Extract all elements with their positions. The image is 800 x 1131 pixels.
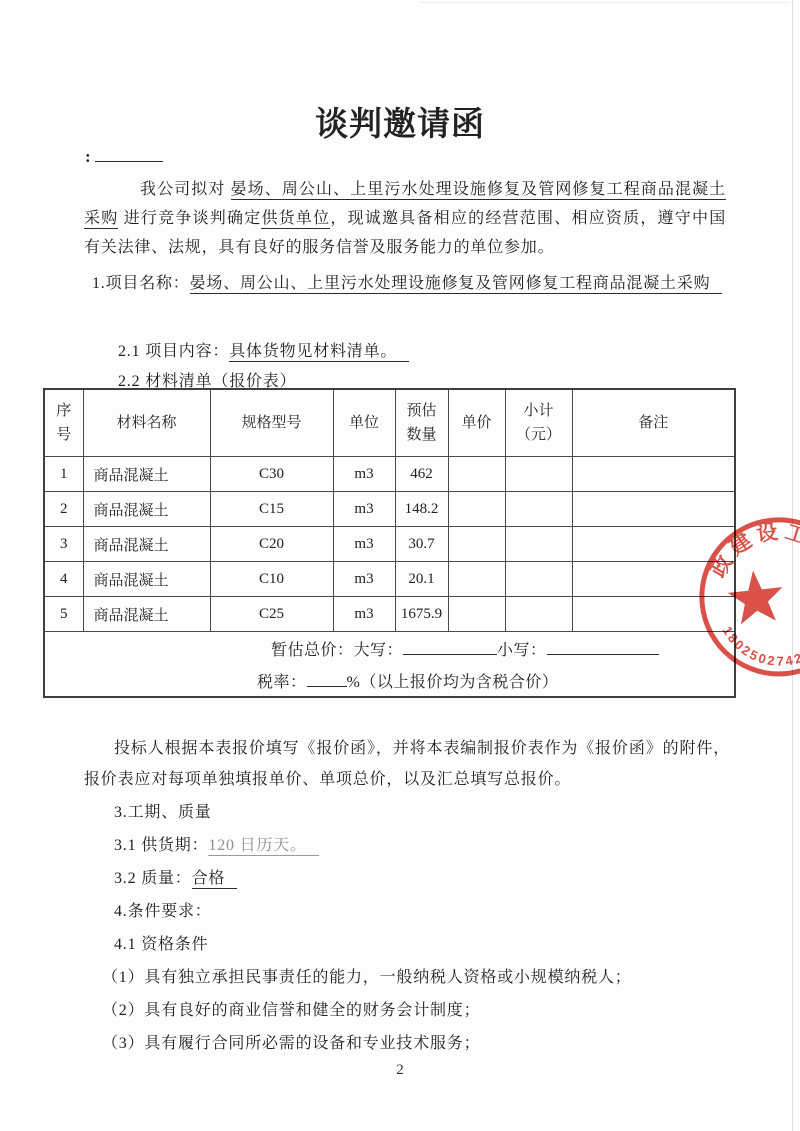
table-cell: 3	[44, 527, 83, 562]
table-header-cell: 规格型号	[210, 389, 333, 457]
table-row: 1商品混凝土C30m3462	[44, 457, 735, 492]
table-cell: 1	[44, 457, 83, 492]
total-in-figures-blank	[547, 639, 659, 655]
table-header-cell: 材料名称	[83, 389, 210, 457]
table-cell: 30.7	[395, 527, 448, 562]
table-row: 5商品混凝土C25m31675.9	[44, 597, 735, 632]
table-cell: 商品混凝土	[83, 597, 210, 632]
table-cell: C10	[210, 562, 333, 597]
table-cell: 20.1	[395, 562, 448, 597]
tax-rate-line: 税率：%（以上报价均为含税合价）	[45, 669, 734, 692]
estimated-total-label: 暂估总价：大写：	[271, 642, 403, 659]
tax-rate-suffix: %（以上报价均为含税合价）	[347, 674, 559, 691]
salutation-line: :	[85, 146, 163, 167]
table-cell	[448, 492, 505, 527]
table-cell	[505, 527, 572, 562]
table-cell: C20	[210, 527, 333, 562]
terms-line: 4.1 资格条件	[84, 928, 734, 961]
clause-project-name: 1.项目名称：晏场、周公山、上里污水处理设施修复及管网修复工程商品混凝土采购	[84, 268, 734, 300]
tax-rate-blank	[307, 671, 347, 687]
terms-line: 3.1 供货期：120 日历天。	[84, 829, 734, 862]
table-cell	[505, 457, 572, 492]
document-title: 谈判邀请函	[0, 98, 800, 145]
table-cell	[572, 457, 735, 492]
term-label: 3.2 质量：	[114, 870, 192, 887]
table-cell	[572, 562, 735, 597]
terms-line: 4.条件要求：	[84, 895, 734, 928]
table-cell: 商品混凝土	[83, 527, 210, 562]
scan-edge-line	[792, 0, 793, 1131]
table-cell: 1675.9	[395, 597, 448, 632]
table-cell	[572, 492, 735, 527]
terms-line: 3.2 质量：合格	[84, 862, 734, 895]
table-cell: m3	[333, 457, 395, 492]
table-cell	[505, 597, 572, 632]
table-cell	[448, 527, 505, 562]
intro-paragraph: 我公司拟对 晏场、周公山、上里污水处理设施修复及管网修复工程商品混凝土采购 进行…	[84, 175, 726, 262]
table-cell	[572, 597, 735, 632]
table-cell	[448, 457, 505, 492]
clause-project-content: 2.1 项目内容：具体货物见材料清单。	[84, 336, 734, 368]
clause-label: 2.1 项目内容：	[118, 343, 229, 360]
table-cell: 商品混凝土	[83, 562, 210, 597]
table-cell: 462	[395, 457, 448, 492]
table-header-cell: 备注	[572, 389, 735, 457]
scanned-document-page: 谈判邀请函 : 我公司拟对 晏场、周公山、上里污水处理设施修复及管网修复工程商品…	[0, 0, 800, 1131]
table-cell: m3	[333, 562, 395, 597]
terms-line: （1）具有独立承担民事责任的能力，一般纳税人资格或小规模纳税人；	[84, 961, 734, 994]
table-cell: 商品混凝土	[83, 457, 210, 492]
table-body: 1商品混凝土C30m34622商品混凝土C15m3148.23商品混凝土C20m…	[44, 457, 735, 632]
terms-line: （2）具有良好的商业信誉和健全的财务会计制度；	[84, 994, 734, 1027]
table-cell: 4	[44, 562, 83, 597]
clause-value: 晏场、周公山、上里污水处理设施修复及管网修复工程商品混凝土采购	[190, 275, 723, 294]
table-cell	[505, 492, 572, 527]
table-cell: m3	[333, 492, 395, 527]
table-row: 4商品混凝土C10m320.1	[44, 562, 735, 597]
scan-edge-line	[420, 2, 790, 3]
term-value: 合格	[192, 870, 238, 889]
table-cell: 2	[44, 492, 83, 527]
total-in-words-blank	[403, 639, 497, 655]
table-cell	[505, 562, 572, 597]
estimated-total-line: 暂估总价：大写：小写：	[45, 637, 734, 660]
table-footer-cell: 暂估总价：大写：小写： 税率：%（以上报价均为含税合价）	[44, 632, 735, 698]
table-header-row: 序 号材料名称规格型号单位预估 数量单价小计 （元）备注	[44, 389, 735, 457]
clause-label: 1.项目名称：	[92, 275, 190, 292]
materials-quote-table: 序 号材料名称规格型号单位预估 数量单价小计 （元）备注 1商品混凝土C30m3…	[43, 388, 736, 698]
bidder-note-paragraph: 投标人根据本表报价填写《报价函》，并将本表编制报价表作为《报价函》的附件，报价表…	[84, 733, 730, 795]
table-cell	[448, 562, 505, 597]
plain-text: 我公司拟对	[140, 181, 231, 198]
recipient-blank-line	[95, 146, 163, 162]
total-in-figures-label: 小写：	[497, 642, 547, 659]
page-number: 2	[0, 1062, 800, 1079]
table-header-cell: 预估 数量	[395, 389, 448, 457]
table-cell: C15	[210, 492, 333, 527]
table-header-cell: 小计 （元）	[505, 389, 572, 457]
table-cell: 5	[44, 597, 83, 632]
table-header-cell: 单价	[448, 389, 505, 457]
salutation-colon: :	[85, 147, 91, 166]
term-value: 120 日历天。	[208, 837, 318, 856]
tax-rate-label: 税率：	[257, 674, 307, 691]
clause-value: 具体货物见材料清单。	[229, 343, 409, 362]
table-cell: C30	[210, 457, 333, 492]
table-cell: m3	[333, 597, 395, 632]
table-cell: 商品混凝土	[83, 492, 210, 527]
table-header-cell: 单位	[333, 389, 395, 457]
table-cell	[448, 597, 505, 632]
plain-text: 进行竞争谈判确定	[118, 210, 261, 227]
table-cell: 148.2	[395, 492, 448, 527]
table-header-cell: 序 号	[44, 389, 83, 457]
terms-line: 3.工期、质量	[84, 796, 734, 829]
table-cell	[572, 527, 735, 562]
table-cell: m3	[333, 527, 395, 562]
terms-section: 3.工期、质量3.1 供货期：120 日历天。3.2 质量：合格4.条件要求：4…	[84, 796, 734, 1060]
terms-line: （3）具有履行合同所必需的设备和专业技术服务；	[84, 1027, 734, 1060]
table-row: 2商品混凝土C15m3148.2	[44, 492, 735, 527]
table-cell: C25	[210, 597, 333, 632]
term-label: 3.1 供货期：	[114, 837, 208, 854]
underlined-text: 供货单位	[261, 210, 330, 229]
table-row: 3商品混凝土C20m330.7	[44, 527, 735, 562]
